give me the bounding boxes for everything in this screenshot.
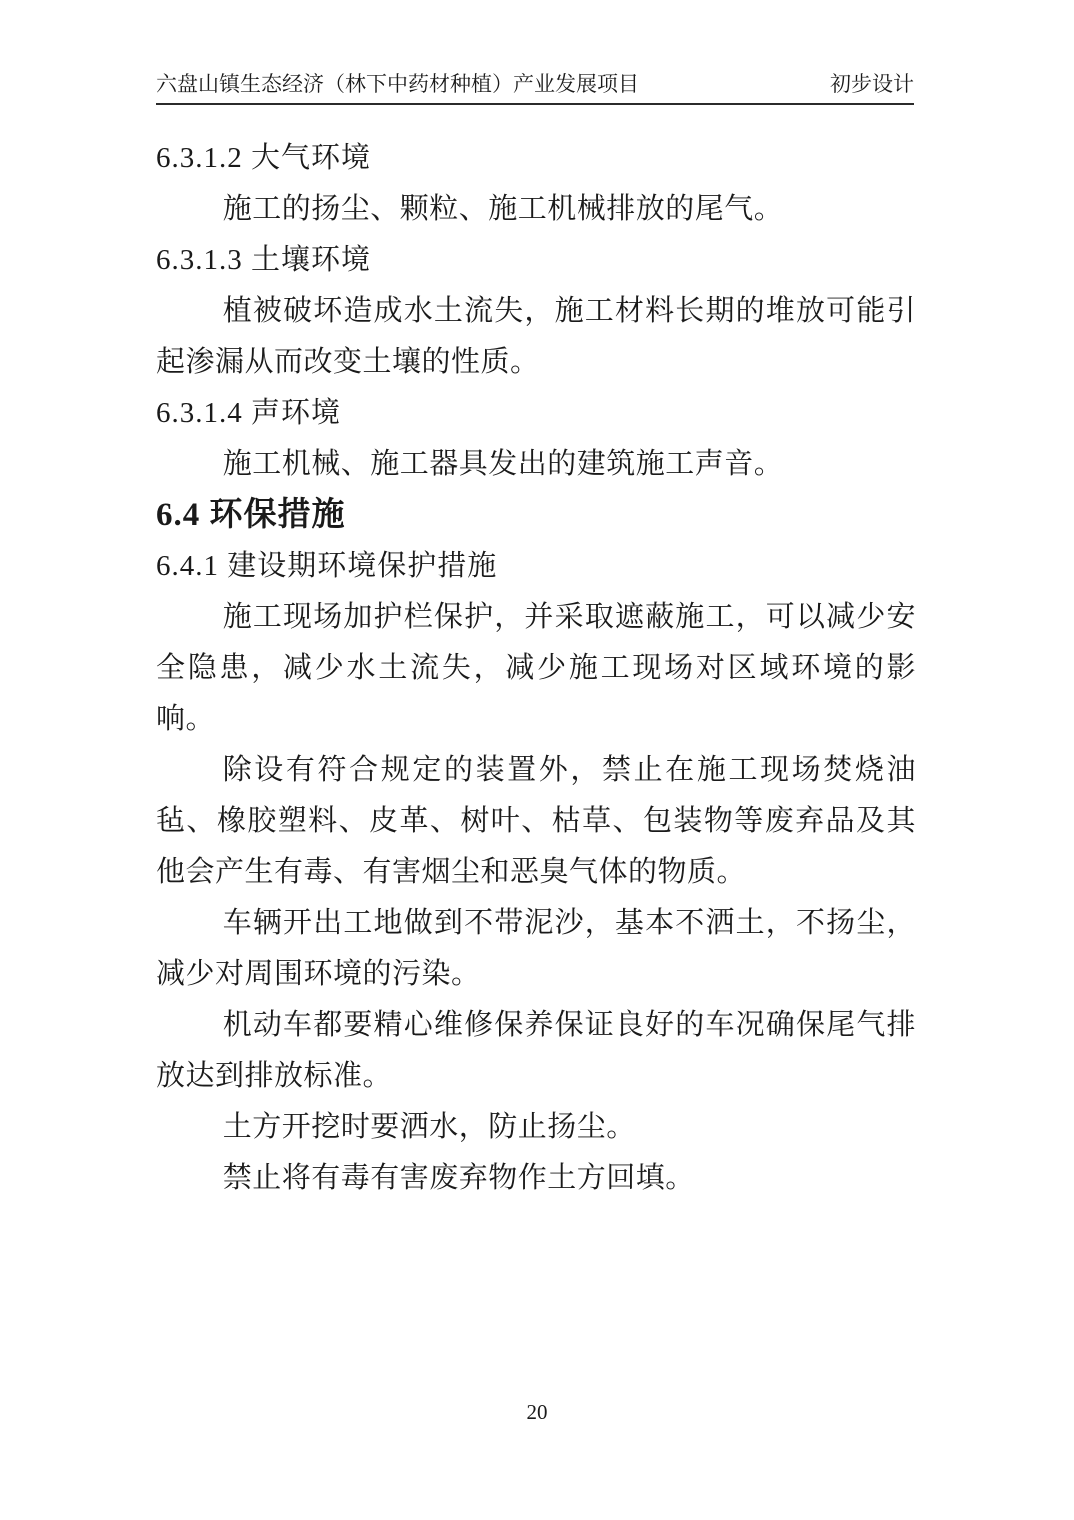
paragraph-sound-env: 施工机械、施工器具发出的建筑施工声音。 bbox=[156, 439, 916, 490]
header-project-title: 六盘山镇生态经济（林下中药材种植）产业发展项目 bbox=[156, 72, 639, 96]
section-heading-641: 6.4.1 建设期环境保护措施 bbox=[156, 541, 916, 592]
paragraph-no-burning: 除设有符合规定的装置外，禁止在施工现场焚烧油毡、橡胶塑料、皮革、树叶、枯草、包装… bbox=[156, 745, 916, 898]
section-heading-6313: 6.3.1.3 土壤环境 bbox=[156, 235, 916, 286]
page-number: 20 bbox=[527, 1400, 548, 1424]
paragraph-vehicle-mud: 车辆开出工地做到不带泥沙，基本不洒土，不扬尘，减少对周围环境的污染。 bbox=[156, 898, 916, 1000]
page-footer: 20 bbox=[0, 1400, 1074, 1425]
section-heading-6312: 6.3.1.2 大气环境 bbox=[156, 133, 916, 184]
section-heading-64: 6.4 环保措施 bbox=[156, 490, 916, 541]
document-body: 6.3.1.2 大气环境 施工的扬尘、颗粒、施工机械排放的尾气。 6.3.1.3… bbox=[156, 133, 916, 1204]
paragraph-no-toxic-backfill: 禁止将有毒有害废弃物作土方回填。 bbox=[156, 1153, 916, 1204]
page-header: 六盘山镇生态经济（林下中药材种植）产业发展项目 初步设计 bbox=[156, 72, 914, 105]
paragraph-air-env: 施工的扬尘、颗粒、施工机械排放的尾气。 bbox=[156, 184, 916, 235]
section-heading-6314: 6.3.1.4 声环境 bbox=[156, 388, 916, 439]
paragraph-vehicle-maintenance: 机动车都要精心维修保养保证良好的车况确保尾气排放达到排放标准。 bbox=[156, 1000, 916, 1102]
paragraph-water-spray: 土方开挖时要洒水，防止扬尘。 bbox=[156, 1102, 916, 1153]
document-page: 六盘山镇生态经济（林下中药材种植）产业发展项目 初步设计 6.3.1.2 大气环… bbox=[0, 0, 1074, 1520]
header-doc-type: 初步设计 bbox=[830, 72, 914, 96]
paragraph-site-fence: 施工现场加护栏保护，并采取遮蔽施工，可以减少安全隐患，减少水土流失，减少施工现场… bbox=[156, 592, 916, 745]
paragraph-soil-env: 植被破坏造成水土流失，施工材料长期的堆放可能引起渗漏从而改变土壤的性质。 bbox=[156, 286, 916, 388]
